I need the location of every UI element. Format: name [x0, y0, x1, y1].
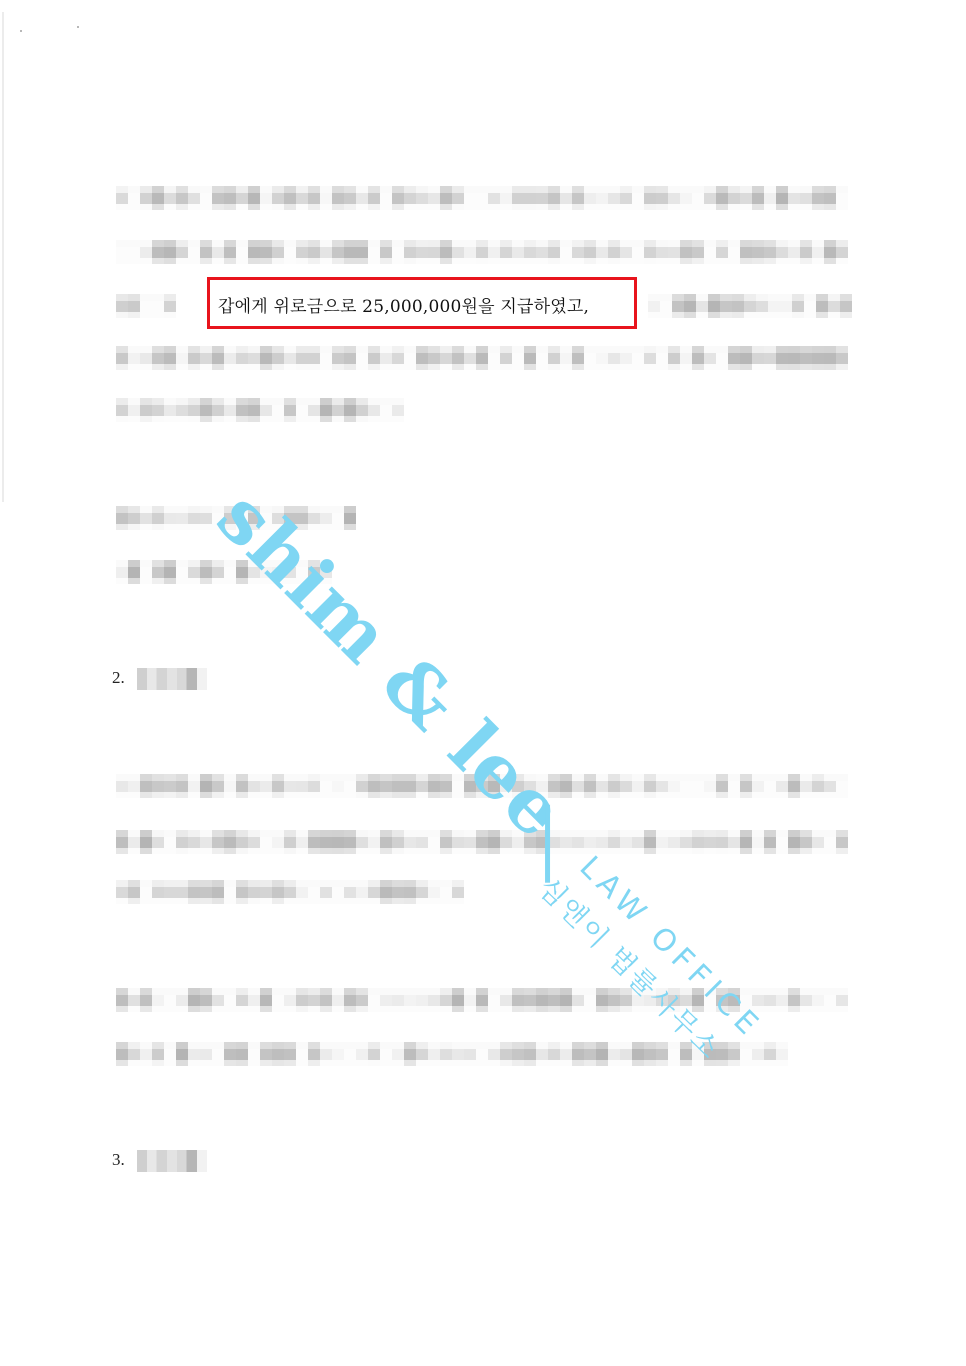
- watermark-korean-name: 심앤이 법률사무소: [530, 867, 730, 1067]
- blurred-text-line: [116, 830, 852, 854]
- blurred-heading: [137, 1150, 207, 1172]
- blurred-heading: [137, 668, 207, 690]
- blurred-text-line: [116, 186, 852, 210]
- blurred-text-line: [116, 988, 852, 1012]
- section-number: 3.: [112, 1150, 125, 1169]
- section-heading-3: 3.: [112, 1150, 207, 1172]
- blurred-text-line: [116, 294, 176, 318]
- watermark-subtitle: LAW OFFICE: [573, 850, 769, 1046]
- blurred-text-line: [116, 398, 408, 422]
- highlighted-sentence: 갑에게 위로금으로 25,000,000원을 지급하였고,: [218, 292, 589, 317]
- blurred-text-line: [116, 346, 852, 370]
- section-heading-2: 2.: [112, 668, 207, 690]
- page-left-edge: [2, 12, 4, 502]
- section-number: 2.: [112, 668, 125, 687]
- blurred-text-line: [116, 1042, 792, 1066]
- scan-speck: [20, 30, 22, 32]
- blurred-text-line: [116, 240, 852, 264]
- blurred-text-line: [116, 560, 338, 584]
- scan-speck: [77, 26, 79, 28]
- blurred-text-line: [116, 506, 362, 530]
- blurred-text-line: [116, 880, 468, 904]
- blurred-text-line: [116, 774, 852, 798]
- blurred-text-line: [648, 294, 852, 318]
